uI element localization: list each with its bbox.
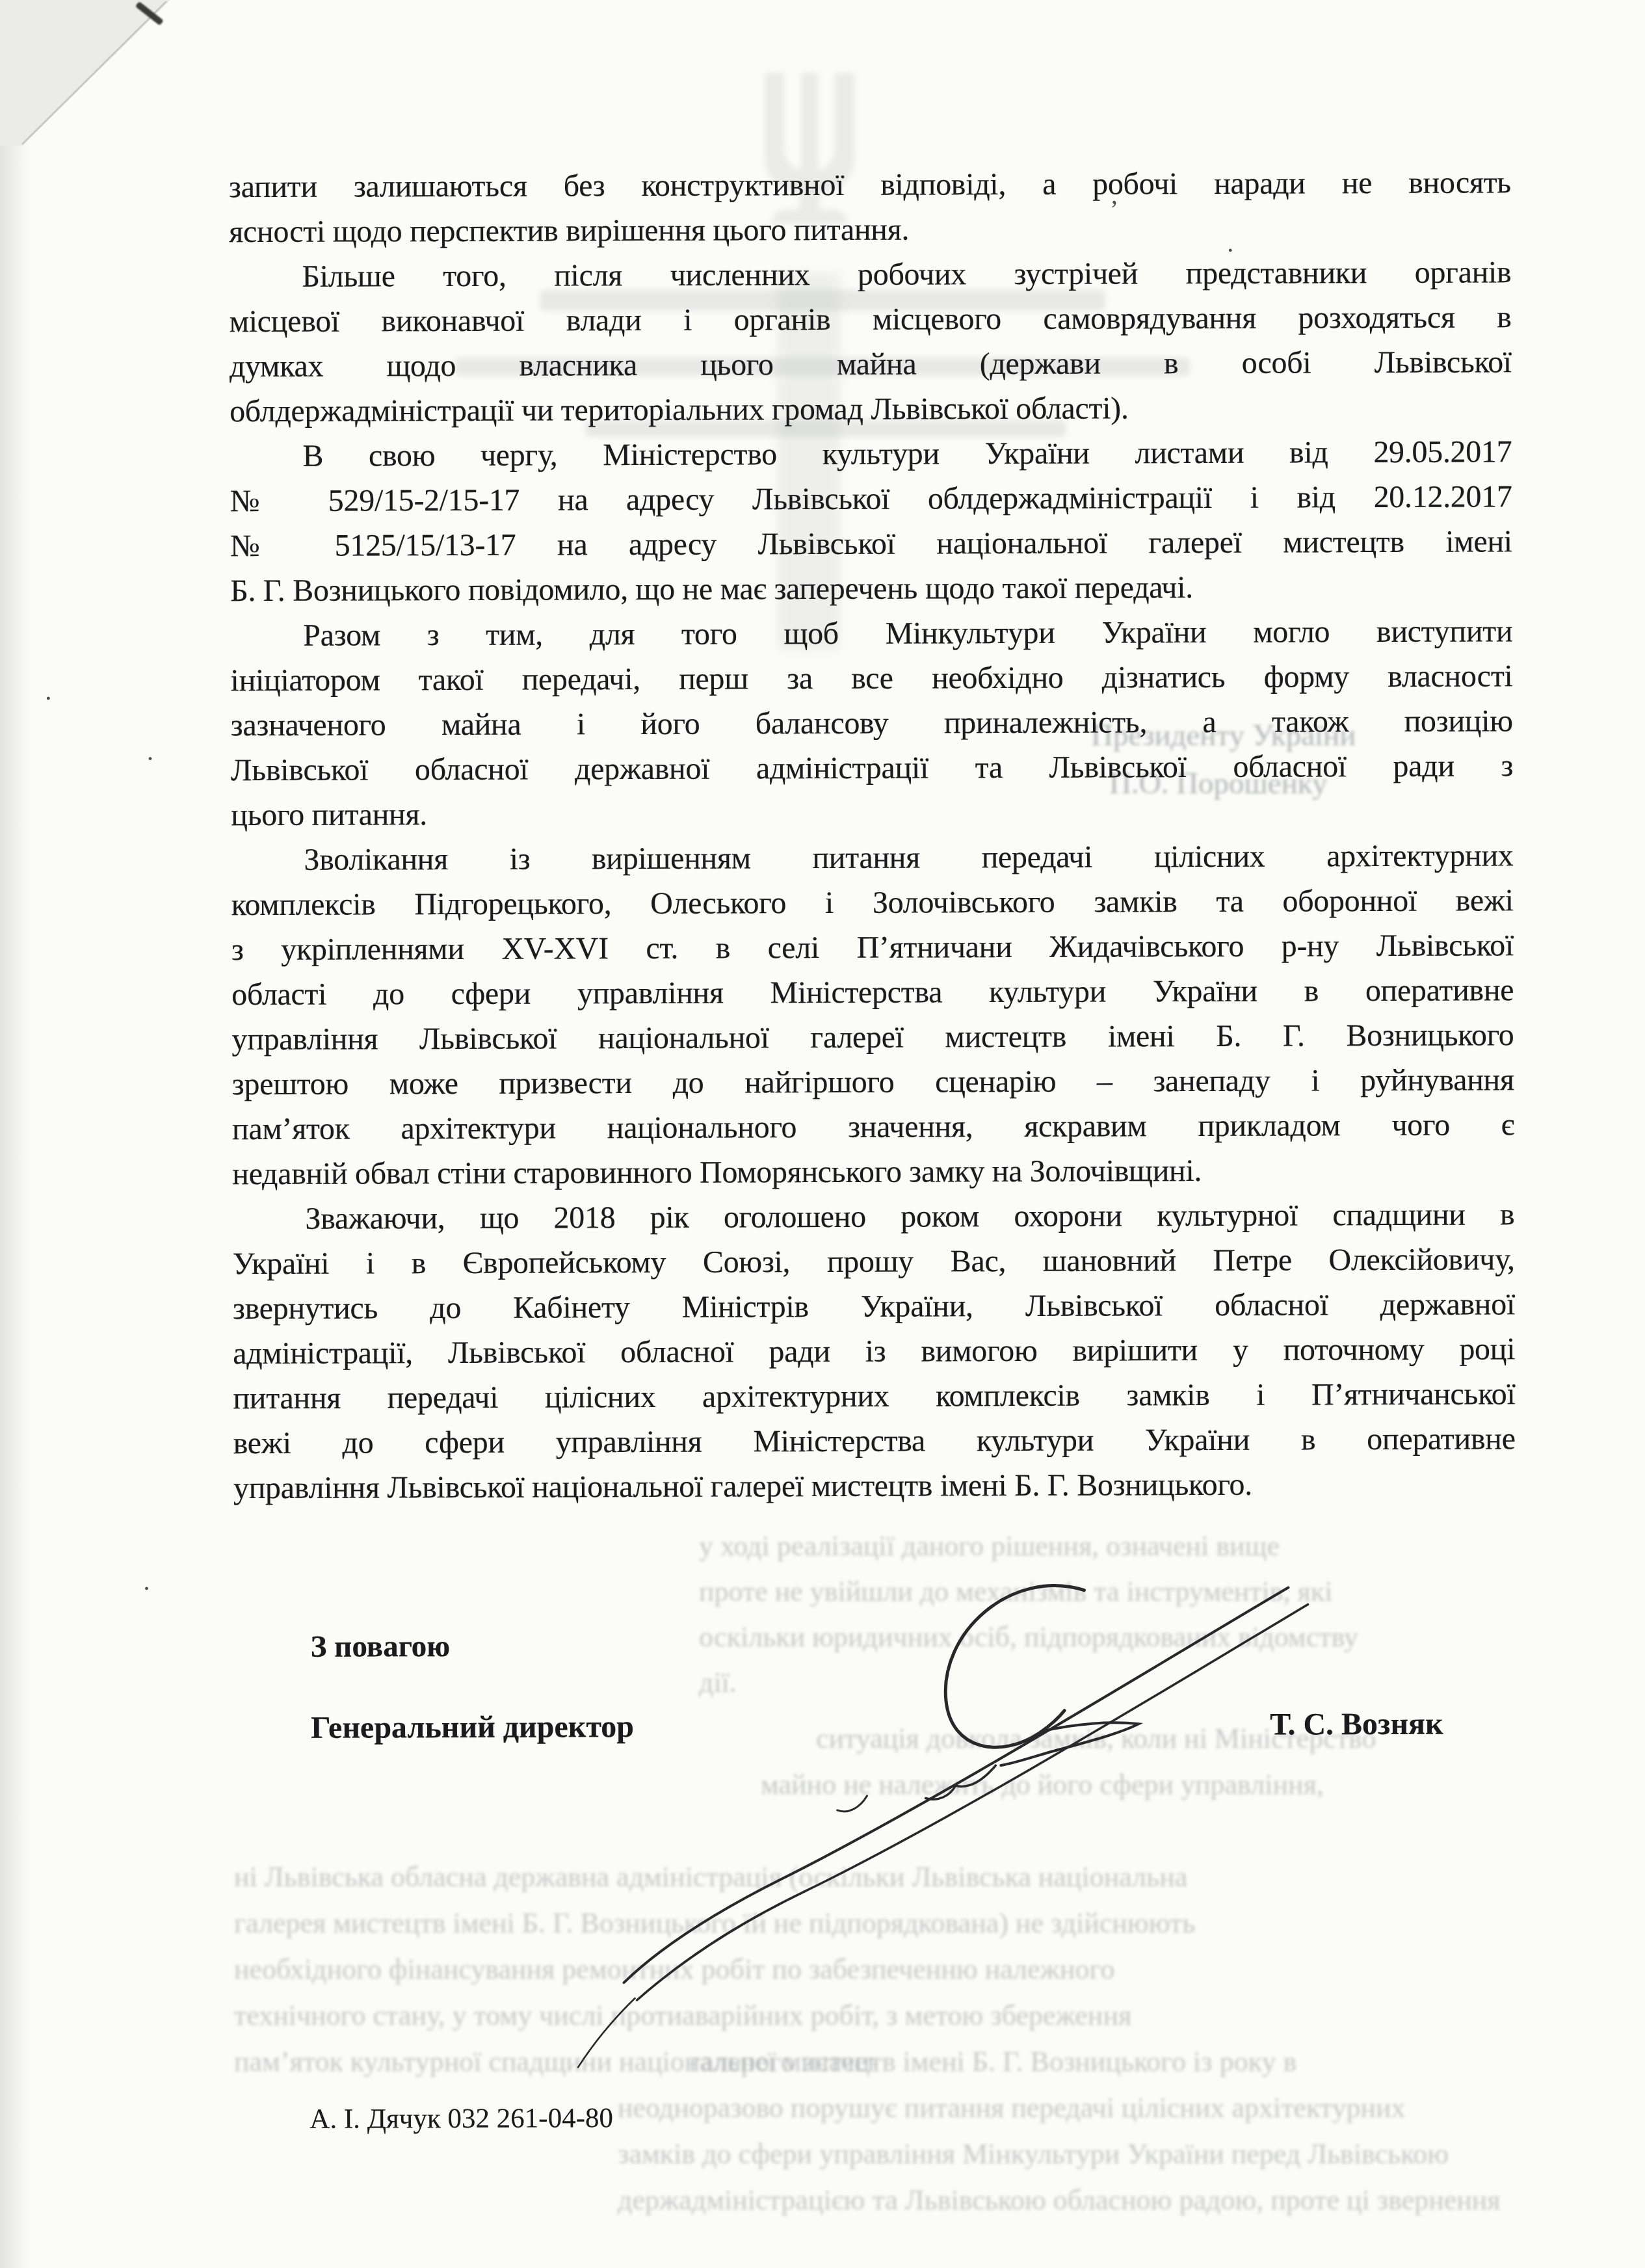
body-text-line: Б. Г. Возницького повідомило, що не має … [230,564,1512,613]
body-text-line: Україні і в Європейському Союзі, прошу В… [233,1237,1515,1286]
signer-title: Генеральний директор [311,1709,634,1745]
body-text-line: В свою чергу, Міністерство культури Укра… [230,429,1512,479]
body-text-line: вежі до сфери управління Міністерства ку… [233,1416,1516,1466]
body-text-line: № 529/15-2/15-17 на адресу Львівської об… [230,474,1512,523]
body-text-line: недавній обвал стіни старовинного Поморя… [232,1147,1514,1196]
scan-speck: ’ [1110,194,1118,224]
body-text-line: цього питання. [231,788,1513,837]
scan-speck: . [1227,228,1233,258]
scanned-letter-page: Президенту УкраїниП.О. Порошенку у ході … [0,0,1645,2268]
body-text-line: Більше того, після численних робочих зус… [229,250,1511,299]
body-text-line: Львівської обласної державної адміністра… [231,743,1513,793]
footer-contact: А. І. Дячук 032 261-04-80 [309,2102,613,2135]
body-text-line: питання передачі цілісних архітектурних … [233,1371,1515,1421]
scan-speck: . [147,736,153,767]
closing-salutation: З повагою [311,1625,1598,1665]
body-text-line: Зволікання із вирішенням питання передач… [231,833,1513,882]
body-text-line: звернутись до Кабінету Міністрів України… [233,1282,1515,1331]
body-text-line: запити залишаються без конструктивної ві… [229,160,1511,209]
scan-specks: ’...· [0,0,1641,3]
body-text: запити залишаються без конструктивної ві… [229,160,1516,1510]
body-text-line: Зважаючи, що 2018 рік оголошено роком ох… [232,1192,1514,1241]
body-text-line: області до сфери управління Міністерства… [231,968,1514,1017]
body-text-line: з укріпленнями XV-XVI ст. в селі П’ятнич… [231,923,1514,972]
scan-speck: . [143,1566,150,1596]
body-text-line: думках щодо власника цього майна (держав… [230,339,1512,389]
body-text-line: зрештою може призвести до найгіршого сце… [232,1057,1514,1107]
body-text-line: Разом з тим, для того щоб Мінкультури Ук… [230,609,1512,658]
body-text-line: ясності щодо перспектив вирішення цього … [229,205,1511,254]
body-text-line: зазначеного майна і його балансову прина… [231,698,1513,748]
signer-name: Т. С. Возняк [1270,1706,1443,1743]
body-text-line: пам’яток архітектури національного значе… [232,1102,1514,1152]
body-text-line: місцевої виконавчої влади і органів місц… [230,295,1512,344]
closing-block: З повагою Генеральний директор Т. С. Воз… [311,1625,1599,1749]
scan-speck: · [44,683,53,713]
body-text-line: ініціатором такої передачі, перш за все … [230,653,1512,703]
letter-content: запити залишаються без конструктивної ві… [0,0,1645,2268]
body-text-line: адміністрації, Львівської обласної ради … [233,1326,1515,1376]
body-text-line: № 5125/15/13-17 на адресу Львівської нац… [230,519,1512,568]
body-text-line: управління Львівської національної галер… [231,1012,1514,1062]
body-text-line: комплексів Підгорецького, Олеського і Зо… [231,878,1514,927]
body-text-line: управління Львівської національної галер… [233,1461,1516,1510]
body-text-line: облдержадміністрації чи територіальних г… [230,384,1512,434]
